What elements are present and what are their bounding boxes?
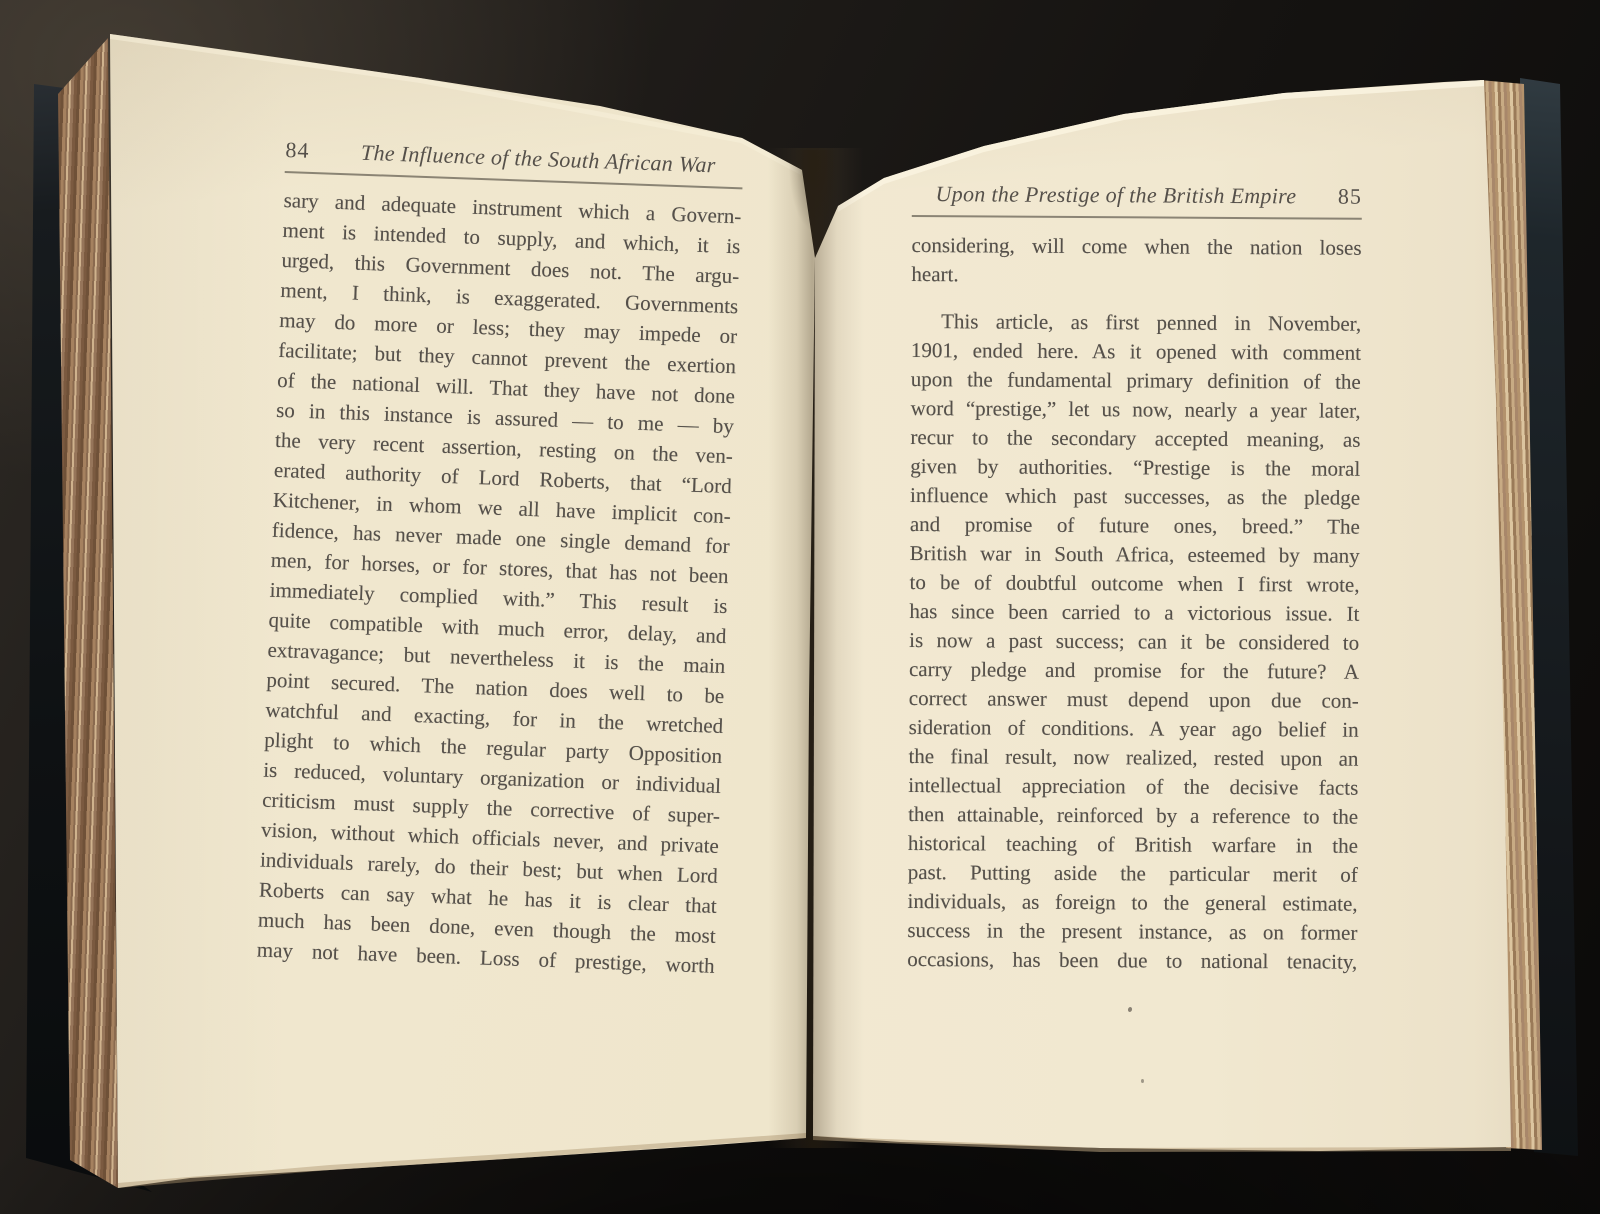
text-line: influence which past successes, as the p… xyxy=(910,481,1360,513)
right-running-title: Upon the Prestige of the British Empire xyxy=(912,180,1320,210)
text-line: and promise of future ones, breed.” The xyxy=(910,510,1360,542)
text-line: upon the fundamental primary definition … xyxy=(911,365,1361,397)
right-page-content: Upon the Prestige of the British Empire … xyxy=(907,180,1362,977)
book-gutter-top-shadow xyxy=(780,150,850,280)
ink-speck xyxy=(1141,1079,1144,1083)
text-line: given by authorities. “Prestige is the m… xyxy=(910,452,1360,484)
text-line: This article, as first penned in Novembe… xyxy=(911,307,1361,339)
left-page-content: 84 The Influence of the South African Wa… xyxy=(256,136,743,981)
right-header-rule xyxy=(912,215,1362,220)
left-page-number: 84 xyxy=(285,136,310,165)
text-line: word “prestige,” let us now, nearly a ye… xyxy=(911,394,1361,426)
right-page-number: 85 xyxy=(1338,183,1362,211)
text-line: correct answer must depend upon due con- xyxy=(909,684,1359,716)
text-line: 1901, ended here. As it opened with comm… xyxy=(911,336,1361,368)
book-gutter-shadow xyxy=(768,148,864,1148)
text-line: occasions, has been due to national tena… xyxy=(907,945,1357,977)
text-line: heart. xyxy=(911,260,1361,292)
left-page-text: sary and adequate instrument which a Gov… xyxy=(256,185,742,981)
text-line: carry pledge and promise for the future?… xyxy=(909,655,1359,687)
text-line: historical teaching of British warfare i… xyxy=(908,829,1358,861)
text-line: intellectual appreciation of the decisiv… xyxy=(908,771,1358,803)
text-line: past. Putting aside the particular merit… xyxy=(908,858,1358,890)
right-running-header: Upon the Prestige of the British Empire … xyxy=(912,180,1362,211)
text-line: recur to the secondary accepted meaning,… xyxy=(910,423,1360,455)
text-line: sideration of conditions. A year ago bel… xyxy=(909,713,1359,745)
text-line: is now a past success; can it be conside… xyxy=(909,626,1359,658)
text-line: then attainable, reinforced by a referen… xyxy=(908,800,1358,832)
text-line: British war in South Africa, esteemed by… xyxy=(910,539,1360,571)
text-line: to be of doubtful outcome when I first w… xyxy=(909,568,1359,600)
text-line: has since been carried to a victorious i… xyxy=(909,597,1359,629)
text-line: considering, will come when the nation l… xyxy=(912,231,1362,263)
text-line: success in the present instance, as on f… xyxy=(907,916,1357,948)
right-page-text: considering, will come when the nation l… xyxy=(907,231,1362,977)
text-line: individuals, as foreign to the general e… xyxy=(908,887,1358,919)
text-line: the final result, now realized, rested u… xyxy=(908,742,1358,774)
